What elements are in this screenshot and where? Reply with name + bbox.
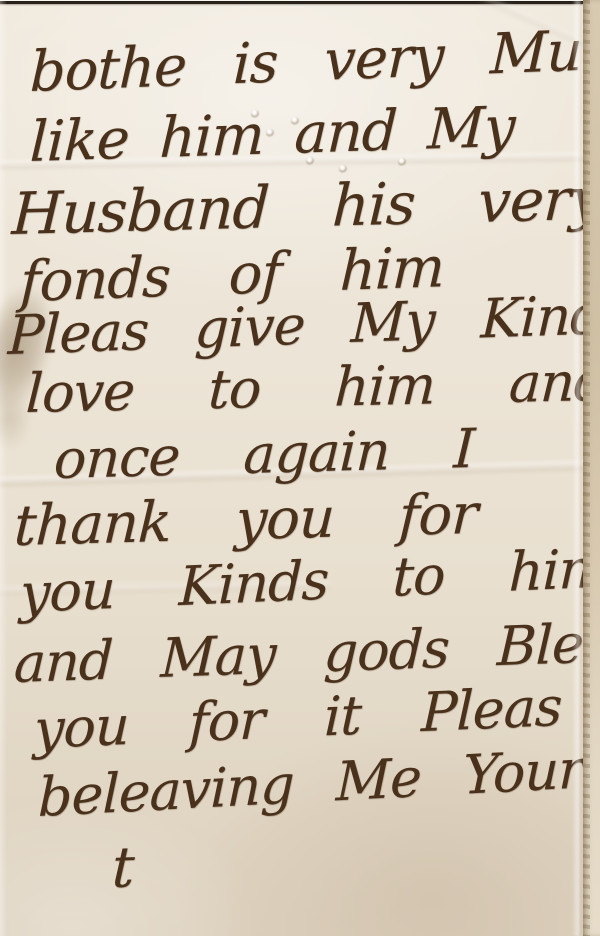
handwriting-line-6: love to him and [24, 350, 600, 425]
letter-page: bothe is very Much like him and My Husba… [0, 0, 600, 936]
left-edge-highlight [0, 0, 7, 936]
handwriting-line-3: Husband his very [11, 165, 600, 249]
torn-right-edge [583, 0, 600, 936]
scan-top-edge [0, 0, 600, 6]
right-fold-highlight [572, 0, 582, 936]
handwriting-line-1: bothe is very Much [29, 16, 600, 105]
stray-ink-mark: t [111, 835, 135, 901]
handwriting-line-2: like him and My [29, 95, 516, 175]
handwriting-line-7: once again I [53, 417, 476, 491]
